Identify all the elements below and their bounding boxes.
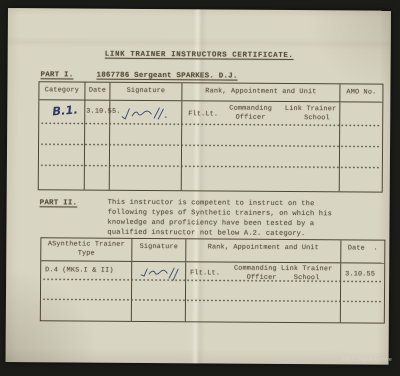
date-entry: 3.10.55 — [345, 270, 375, 278]
signature-ink-scribble — [120, 105, 172, 122]
part1-subject: 1867786 Sergeant SPARKES. D.J. — [97, 72, 238, 81]
signature-ink-scribble — [138, 264, 184, 282]
part1-col-amo: AMO No. — [339, 84, 382, 101]
rank-line2: Officer School — [228, 113, 337, 122]
part2-row2-empty — [41, 282, 384, 322]
part2-col-date: Date . — [340, 240, 384, 262]
row1-signature-cell — [109, 101, 181, 128]
rank-line1: Commanding Link Trainer — [228, 105, 337, 114]
part2-col-rank: Rank, Appointment and Unit — [185, 239, 340, 262]
scan-background: { "watermark": "IBCC Digital Archive", "… — [0, 0, 400, 376]
part1-table: Category Date Signature Rank, Appointmen… — [38, 81, 384, 192]
part1-col-rank: Rank, Appointment and Unit — [181, 83, 339, 101]
rank-appointment: Commanding Link Trainer Officer School — [228, 105, 337, 123]
rank-line2: Officer School — [228, 273, 338, 282]
part1-header-row: Category Date Signature Rank, Appointmen… — [39, 82, 382, 102]
part2-row1-type-cell: D.4 (MKS.I & II) — [41, 261, 131, 283]
certificate-document: LINK TRAINER INSTRUCTORS CERTIFICATE. PA… — [6, 8, 391, 365]
part2-label: PART II. — [40, 199, 78, 207]
archive-watermark: IBCC Digital Archive — [343, 357, 392, 363]
part2-row1-signature-cell — [131, 262, 185, 283]
part2-row1: D.4 (MKS.I & II) Flt.Lt. Commanding Link… — [41, 261, 384, 284]
part2-description: This instructor is competent to instruct… — [107, 198, 332, 240]
part1-col-category: Category — [39, 82, 84, 99]
rank-prefix: Flt.Lt. — [188, 110, 218, 118]
part1-row3-empty — [39, 147, 382, 170]
part2-col-signature: Signature — [131, 239, 185, 261]
rank-appointment: Commanding Link Trainer Officer School — [228, 265, 338, 283]
category-handwritten-entry: B.1. — [52, 102, 79, 118]
part1-row2-empty — [39, 126, 382, 149]
part1-col-signature: Signature — [109, 83, 181, 101]
part2-table: ASynthetic Trainer Type Signature Rank, … — [40, 237, 386, 323]
part1-col-date: Date — [84, 83, 109, 100]
row1-category-cell: B.1. — [39, 100, 84, 126]
row1-amo-cell — [339, 102, 382, 128]
part1-row4-empty — [39, 168, 382, 191]
certificate-title: LINK TRAINER INSTRUCTORS CERTIFICATE. — [8, 50, 391, 61]
part1-label: PART I. — [41, 71, 74, 79]
trainer-type-entry: D.4 (MKS.I & II) — [45, 266, 114, 274]
rank-line1: Commanding Link Trainer — [228, 265, 338, 274]
part2-row1-rank-cell: Flt.Lt. Commanding Link Trainer Officer … — [185, 262, 340, 284]
row1-date-cell: 3.10.55. — [84, 101, 109, 127]
part2-col-type: ASynthetic Trainer Type — [41, 238, 131, 261]
part2-header-row: ASynthetic Trainer Type Signature Rank, … — [41, 238, 384, 263]
row1-rank-cell: Flt.Lt. Commanding Link Trainer Officer … — [181, 101, 339, 128]
part1-row1: B.1. 3.10.55. Flt.Lt. Commanding Link Tr… — [39, 100, 382, 128]
part2-row1-date-cell: 3.10.55 — [340, 263, 384, 284]
rank-prefix: Flt.Lt. — [190, 269, 220, 277]
